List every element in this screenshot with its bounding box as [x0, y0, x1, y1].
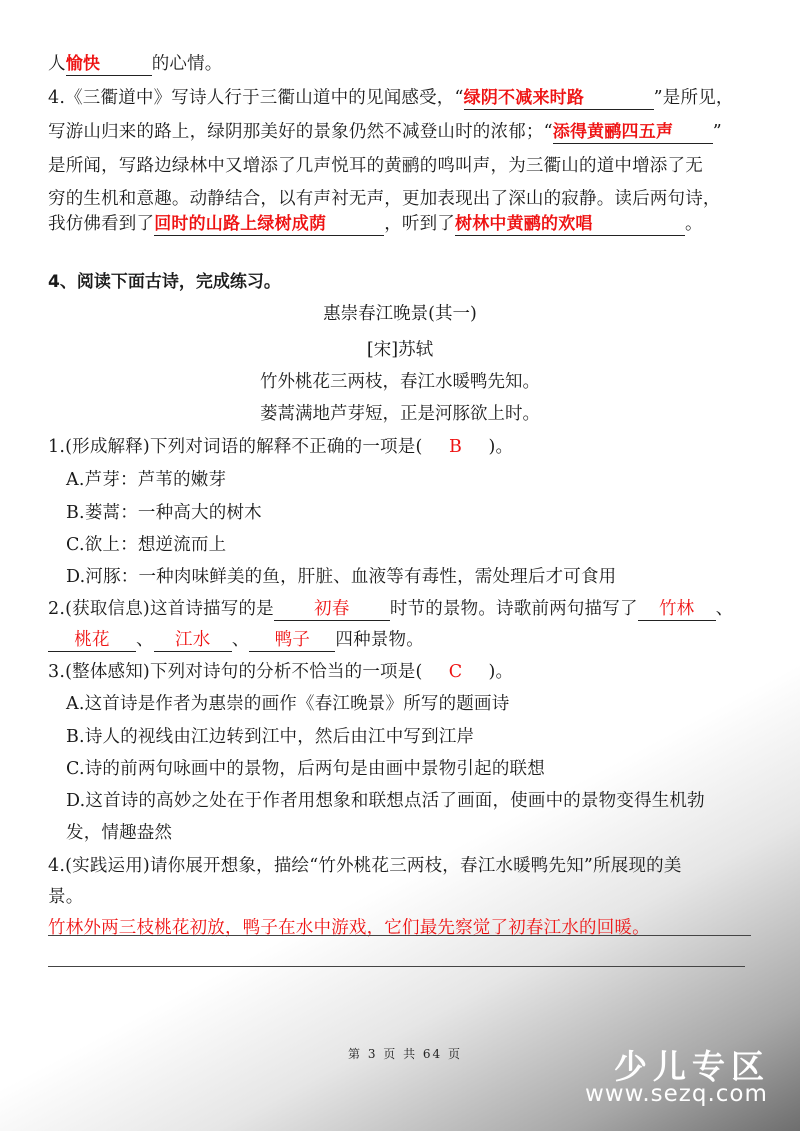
- q1-answer: B: [422, 435, 488, 459]
- answer-text: 添得黄鹂四五声: [553, 122, 673, 142]
- answer-blank: 绿阴不减来时路: [464, 87, 654, 110]
- answer-text: 回时的山路上绿树成荫: [154, 214, 326, 234]
- text: 、: [716, 599, 734, 619]
- q3-option-d: D.这首诗的高妙之处在于作者用想象和联想点活了画面，使画中的景物变得生机勃: [66, 789, 705, 813]
- page-number: 第 3 页 共 64 页: [348, 1045, 462, 1062]
- text: )。: [488, 437, 513, 457]
- q3-option-b: B.诗人的视线由江边转到江中，然后由江中写到江岸: [66, 725, 474, 749]
- q4-prev-line-3: 是所闻，写路边绿林中又增添了几声悦耳的黄鹂的鸣叫声，为三衢山的道中增添了无: [48, 154, 703, 178]
- q1-option-a: A.芦芽：芦苇的嫩芽: [66, 468, 226, 492]
- q3-option-a: A.这首诗是作者为惠崇的画作《春江晚景》所写的题画诗: [66, 692, 509, 716]
- q3-option-c: C.诗的前两句咏画中的景物，后两句是由画中景物引起的联想: [66, 757, 545, 781]
- q1-option-d: D.河豚：一种肉味鲜美的鱼，肝脏、血液等有毒性，需处理后才可食用: [66, 565, 616, 589]
- q2-line-1: 2.(获取信息)这首诗描写的是初春时节的景物。诗歌前两句描写了竹林、: [48, 597, 733, 621]
- q1-stem: 1.(形成解释)下列对词语的解释不正确的一项是(B)。: [48, 435, 513, 459]
- poem-line-1: 竹外桃花三两枝，春江水暖鸭先知。: [0, 370, 800, 394]
- text: 的心情。: [152, 54, 223, 74]
- answer-text: 树林中黄鹂的欢唱: [455, 214, 593, 234]
- q2-answer-3: 江水: [154, 629, 232, 652]
- answer-blank: 回时的山路上绿树成荫: [154, 213, 384, 236]
- poem-line-2: 蒌蒿满地芦芽短，正是河豚欲上时。: [0, 402, 800, 426]
- text: 时节的景物。诗歌前两句描写了: [390, 599, 638, 619]
- text: 写游山归来的路上，绿阴那美好的景象仍然不减登山时的浓郁；“: [48, 122, 553, 142]
- text: 我仿佛看到了: [48, 214, 154, 234]
- text: 2.(获取信息)这首诗描写的是: [48, 599, 274, 619]
- text: 1.(形成解释)下列对词语的解释不正确的一项是(: [48, 437, 422, 457]
- watermark-url: www.sezq.com: [585, 1081, 768, 1107]
- q2-answer-2: 桃花: [48, 629, 136, 652]
- text: 四种景物。: [335, 630, 424, 650]
- q4-prev-line-5: 我仿佛看到了回时的山路上绿树成荫，听到了树林中黄鹂的欢唱。: [48, 212, 703, 236]
- text: 3.(整体感知)下列对诗句的分析不恰当的一项是(: [48, 662, 422, 682]
- q3-option-d-cont: 发，情趣盎然: [66, 821, 172, 845]
- q3-stem: 3.(整体感知)下列对诗句的分析不恰当的一项是(C)。: [48, 660, 513, 684]
- prev-question-line: 人愉快的心情。: [48, 52, 223, 76]
- poem-author: [宋]苏轼: [0, 338, 800, 362]
- answer-line-2: [48, 966, 745, 967]
- q4-answer: 竹林外两三枝桃花初放，鸭子在水中游戏，它们最先察觉了初春江水的回暖。: [48, 916, 650, 940]
- q1-option-b: B.蒌蒿：一种高大的树木: [66, 501, 262, 525]
- text: ，听到了: [384, 214, 455, 234]
- text: 4.《三衢道中》写诗人行于三衢山道中的见闻感受，“: [48, 88, 464, 108]
- q4-stem-line-2: 景。: [48, 885, 83, 909]
- section-title: 4、阅读下面古诗，完成练习。: [48, 270, 281, 294]
- text: ”: [713, 122, 722, 142]
- answer-blank: 树林中黄鹂的欢唱: [455, 213, 685, 236]
- text: 人: [48, 54, 66, 74]
- q2-line-2: 桃花、江水、鸭子四种景物。: [48, 628, 424, 652]
- q2-answer-4: 鸭子: [249, 629, 335, 652]
- q4-prev-line-1: 4.《三衢道中》写诗人行于三衢山道中的见闻感受，“绿阴不减来时路”是所见，: [48, 86, 734, 110]
- q1-option-c: C.欲上：想逆流而上: [66, 533, 226, 557]
- text: ”是所见，: [654, 88, 734, 108]
- text: 、: [232, 630, 250, 650]
- answer-blank: 添得黄鹂四五声: [553, 121, 713, 144]
- q2-answer-1: 竹林: [638, 598, 716, 621]
- q4-prev-line-4: 穷的生机和意趣。动静结合，以有声衬无声，更加表现出了深山的寂静。读后两句诗，: [48, 187, 721, 211]
- answer-blank: 愉快: [66, 53, 152, 76]
- answer-text: 愉快: [66, 54, 100, 74]
- answer-text: 绿阴不减来时路: [464, 88, 584, 108]
- answer-line-1: [48, 935, 751, 936]
- q4-prev-line-2: 写游山归来的路上，绿阴那美好的景象仍然不减登山时的浓郁；“添得黄鹂四五声”: [48, 120, 722, 144]
- text: 、: [136, 630, 154, 650]
- poem-title: 惠崇春江晚景(其一): [0, 302, 800, 326]
- text: )。: [488, 662, 513, 682]
- q3-answer: C: [422, 660, 488, 684]
- q4-stem-line-1: 4.(实践运用)请你展开想象，描绘“竹外桃花三两枝，春江水暖鸭先知”所展现的美: [48, 854, 682, 878]
- q2-answer-season: 初春: [274, 598, 390, 621]
- text: 。: [685, 214, 703, 234]
